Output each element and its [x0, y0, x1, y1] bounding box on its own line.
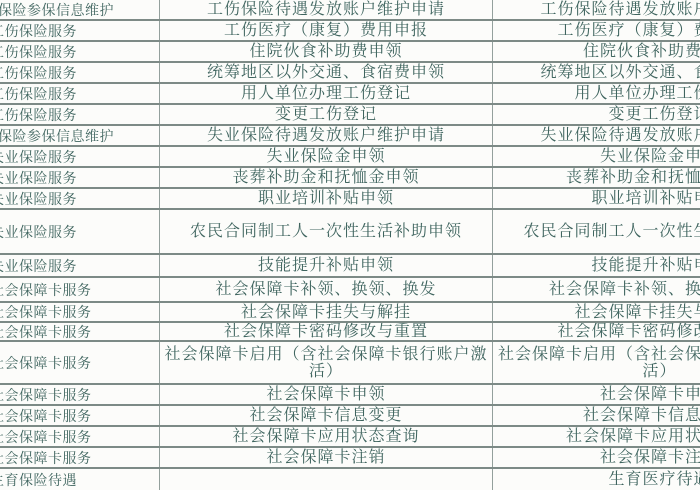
- category-label: 工伤保险服务: [0, 42, 77, 61]
- category-cell: 社会保障卡服务: [0, 385, 160, 404]
- service-cell: 社会保障卡信息变更: [160, 406, 493, 425]
- category-label: 失业保险服务: [0, 168, 77, 187]
- service-cell: 社会保障卡密码修改与重置: [160, 323, 493, 340]
- service-cell-right: 住院伙食补助费申领: [493, 42, 700, 61]
- service-cell: 住院伙食补助费申领: [160, 42, 493, 61]
- category-label: 生育保险待遇: [0, 470, 77, 490]
- category-cell: 失业保险服务: [0, 147, 160, 166]
- service-cell: 社会保障卡挂失与解挂: [160, 303, 493, 321]
- category-label: 社会保障卡服务: [0, 385, 92, 404]
- service-cell-right: 社会保障卡补领、换领、换发: [493, 278, 700, 301]
- category-cell: 社会保障卡服务: [0, 342, 160, 383]
- service-label: 住院伙食补助费申领: [249, 43, 402, 60]
- table-row: 工伤保险服务 用人单位办理工伤登记 用人单位办理工伤登记: [0, 84, 700, 105]
- category-cell: 社会保障卡服务: [0, 278, 160, 301]
- service-cell: 社会保障卡应用状态查询: [160, 427, 493, 446]
- service-label-right: 社会保障卡注销: [600, 449, 700, 466]
- table-row: 工伤保险服务 住院伙食补助费申领 住院伙食补助费申领: [0, 42, 700, 63]
- service-label: 统筹地区以外交通、食宿费申领: [207, 64, 445, 81]
- service-cell: 社会保障卡启用（含社会保障卡银行账户激活）: [160, 342, 493, 383]
- table-row: 失业保险服务 技能提升补贴申领 技能提升补贴申领: [0, 255, 700, 278]
- service-cell-right: 变更工伤登记: [493, 105, 700, 124]
- service-label-right: 社会保障卡信息变更: [583, 407, 700, 424]
- service-label-right: 统筹地区以外交通、食宿费申领: [540, 64, 700, 81]
- category-cell: 失业保险服务: [0, 189, 160, 208]
- service-label-right: 社会保障卡应用状态查询: [566, 428, 700, 445]
- category-label: 工伤保险参保信息维护: [0, 0, 114, 19]
- service-cell-right: 失业保险金申领: [493, 147, 700, 166]
- service-label: 社会保障卡挂失与解挂: [241, 304, 411, 321]
- category-cell: 失业保险服务: [0, 210, 160, 253]
- table-row: 生育保险待遇 生育医疗待遇: [0, 469, 700, 490]
- service-cell-right: 用人单位办理工伤登记: [493, 84, 700, 103]
- service-cell: 变更工伤登记: [160, 105, 493, 124]
- service-cell-right: 社会保障卡注销: [493, 448, 700, 467]
- table-row: 社会保障卡服务 社会保障卡申领 社会保障卡申领: [0, 385, 700, 406]
- category-cell: 社会保障卡服务: [0, 427, 160, 446]
- service-label-right: 社会保障卡申领: [600, 386, 700, 403]
- service-label: 社会保障卡应用状态查询: [232, 428, 419, 445]
- table-row: 失业保险服务 失业保险金申领 失业保险金申领: [0, 147, 700, 168]
- service-label: 变更工伤登记: [275, 106, 377, 123]
- category-cell: 生育保险待遇: [0, 469, 160, 490]
- service-label: 技能提升补贴申领: [258, 257, 394, 274]
- service-label-right: 变更工伤登记: [608, 106, 700, 123]
- service-cell: 工伤医疗（康复）费用申报: [160, 21, 493, 40]
- category-cell: 社会保障卡服务: [0, 323, 160, 340]
- service-label-right: 工伤保险待遇发放账户维护申请: [540, 1, 700, 18]
- service-cell: 用人单位办理工伤登记: [160, 84, 493, 103]
- service-label-right: 用人单位办理工伤登记: [574, 85, 700, 102]
- service-cell: 社会保障卡补领、换领、换发: [160, 278, 493, 301]
- table-row: 失业保险服务 农民合同制工人一次性生活补助申领 农民合同制工人一次性生活补助申领: [0, 210, 700, 255]
- service-label: 社会保障卡注销: [266, 449, 385, 466]
- service-label: 社会保障卡申领: [266, 386, 385, 403]
- category-label: 失业保险服务: [0, 189, 77, 208]
- document-page: 工伤保险参保信息维护 工伤保险待遇发放账户维护申请 工伤保险待遇发放账户维护申请…: [0, 0, 700, 490]
- service-label: 农民合同制工人一次性生活补助申领: [190, 223, 462, 240]
- service-cell-right: 职业培训补贴申领: [493, 189, 700, 208]
- service-label-right: 农民合同制工人一次性生活补助申领: [523, 223, 700, 240]
- category-cell: 工伤保险服务: [0, 21, 160, 40]
- service-label-right: 社会保障卡密码修改与重置: [557, 323, 700, 340]
- service-label-right: 社会保障卡补领、换领、换发: [549, 281, 700, 298]
- service-label-right: 失业保险待遇发放账户维护申请: [540, 127, 700, 144]
- service-cell-right: 生育医疗待遇: [493, 469, 700, 490]
- service-cell: 失业保险金申领: [160, 147, 493, 166]
- category-label: 社会保障卡服务: [0, 353, 92, 373]
- service-label: 社会保障卡密码修改与重置: [224, 323, 428, 340]
- service-cell: 技能提升补贴申领: [160, 255, 493, 276]
- category-label: 失业保险服务: [0, 222, 77, 242]
- service-cell-right: 丧葬补助金和抚恤金申领: [493, 168, 700, 187]
- service-label-right: 社会保障卡启用（含社会保障卡银行账户激活）: [497, 346, 700, 380]
- category-cell: 社会保障卡服务: [0, 303, 160, 321]
- category-cell: 社会保障卡服务: [0, 448, 160, 467]
- service-label: 社会保障卡信息变更: [249, 407, 402, 424]
- category-label: 工伤保险服务: [0, 84, 77, 103]
- category-label: 工伤保险服务: [0, 21, 77, 40]
- category-label: 社会保障卡服务: [0, 280, 92, 300]
- table-row: 社会保障卡服务 社会保障卡注销 社会保障卡注销: [0, 448, 700, 469]
- services-table: 工伤保险参保信息维护 工伤保险待遇发放账户维护申请 工伤保险待遇发放账户维护申请…: [0, 0, 700, 490]
- service-cell: [160, 469, 493, 490]
- service-label: 工伤医疗（康复）费用申报: [224, 22, 428, 39]
- category-label: 工伤保险服务: [0, 63, 77, 82]
- category-cell: 失业保险参保信息维护: [0, 126, 160, 145]
- service-label: 用人单位办理工伤登记: [241, 85, 411, 102]
- service-cell-right: 社会保障卡信息变更: [493, 406, 700, 425]
- service-cell-right: 社会保障卡申领: [493, 385, 700, 404]
- table-row: 工伤保险参保信息维护 工伤保险待遇发放账户维护申请 工伤保险待遇发放账户维护申请: [0, 0, 700, 21]
- table-row: 失业保险参保信息维护 失业保险待遇发放账户维护申请 失业保险待遇发放账户维护申请: [0, 126, 700, 147]
- category-label: 工伤保险服务: [0, 105, 77, 124]
- service-label: 失业保险金申领: [266, 148, 385, 165]
- table-row: 社会保障卡服务 社会保障卡启用（含社会保障卡银行账户激活） 社会保障卡启用（含社…: [0, 342, 700, 385]
- service-label-right: 住院伙食补助费申领: [583, 43, 700, 60]
- service-label: 职业培训补贴申领: [258, 190, 394, 207]
- service-cell: 社会保障卡注销: [160, 448, 493, 467]
- table-row: 失业保险服务 职业培训补贴申领 职业培训补贴申领: [0, 189, 700, 210]
- service-cell-right: 工伤医疗（康复）费用申报: [493, 21, 700, 40]
- service-cell: 职业培训补贴申领: [160, 189, 493, 208]
- service-cell-right: 农民合同制工人一次性生活补助申领: [493, 210, 700, 253]
- service-cell: 统筹地区以外交通、食宿费申领: [160, 63, 493, 82]
- service-label-right: 丧葬补助金和抚恤金申领: [566, 169, 700, 186]
- service-cell: 工伤保险待遇发放账户维护申请: [160, 0, 493, 19]
- service-cell-right: 社会保障卡密码修改与重置: [493, 323, 700, 340]
- category-cell: 社会保障卡服务: [0, 406, 160, 425]
- service-cell-right: 工伤保险待遇发放账户维护申请: [493, 0, 700, 19]
- category-cell: 工伤保险服务: [0, 63, 160, 82]
- category-label: 社会保障卡服务: [0, 303, 92, 321]
- service-label: 丧葬补助金和抚恤金申领: [232, 169, 419, 186]
- table-row: 社会保障卡服务 社会保障卡密码修改与重置 社会保障卡密码修改与重置: [0, 323, 700, 342]
- service-cell-right: 统筹地区以外交通、食宿费申领: [493, 63, 700, 82]
- category-label: 失业保险参保信息维护: [0, 126, 114, 145]
- service-label: 工伤保险待遇发放账户维护申请: [207, 1, 445, 18]
- table-row: 社会保障卡服务 社会保障卡补领、换领、换发 社会保障卡补领、换领、换发: [0, 278, 700, 303]
- category-label: 社会保障卡服务: [0, 406, 92, 425]
- service-cell: 失业保险待遇发放账户维护申请: [160, 126, 493, 145]
- category-label: 社会保障卡服务: [0, 323, 92, 340]
- table-row: 社会保障卡服务 社会保障卡挂失与解挂 社会保障卡挂失与解挂: [0, 303, 700, 323]
- service-cell-right: 社会保障卡挂失与解挂: [493, 303, 700, 321]
- category-label: 社会保障卡服务: [0, 427, 92, 446]
- category-cell: 工伤保险服务: [0, 84, 160, 103]
- table-row: 失业保险服务 丧葬补助金和抚恤金申领 丧葬补助金和抚恤金申领: [0, 168, 700, 189]
- table-row: 工伤保险服务 变更工伤登记 变更工伤登记: [0, 105, 700, 126]
- service-label-right: 工伤医疗（康复）费用申报: [557, 22, 700, 39]
- service-label: 社会保障卡启用（含社会保障卡银行账户激活）: [164, 346, 488, 380]
- service-cell: 农民合同制工人一次性生活补助申领: [160, 210, 493, 253]
- category-cell: 工伤保险服务: [0, 42, 160, 61]
- service-label: 失业保险待遇发放账户维护申请: [207, 127, 445, 144]
- category-cell: 失业保险服务: [0, 168, 160, 187]
- category-label: 失业保险服务: [0, 147, 77, 166]
- category-cell: 失业保险服务: [0, 255, 160, 276]
- table-row: 社会保障卡服务 社会保障卡应用状态查询 社会保障卡应用状态查询: [0, 427, 700, 448]
- category-label: 社会保障卡服务: [0, 448, 92, 467]
- service-cell-right: 失业保险待遇发放账户维护申请: [493, 126, 700, 145]
- service-cell: 丧葬补助金和抚恤金申领: [160, 168, 493, 187]
- table-row: 社会保障卡服务 社会保障卡信息变更 社会保障卡信息变更: [0, 406, 700, 427]
- service-label-right: 技能提升补贴申领: [591, 257, 700, 274]
- service-label-right: 失业保险金申领: [600, 148, 700, 165]
- category-cell: 工伤保险服务: [0, 105, 160, 124]
- table-row: 工伤保险服务 工伤医疗（康复）费用申报 工伤医疗（康复）费用申报: [0, 21, 700, 42]
- service-label-right: 职业培训补贴申领: [591, 190, 700, 207]
- service-label-right: 社会保障卡挂失与解挂: [574, 304, 700, 321]
- service-label: 社会保障卡补领、换领、换发: [215, 281, 436, 298]
- service-label-right: 生育医疗待遇: [608, 471, 700, 488]
- service-cell: 社会保障卡申领: [160, 385, 493, 404]
- service-cell-right: 社会保障卡应用状态查询: [493, 427, 700, 446]
- table-row: 工伤保险服务 统筹地区以外交通、食宿费申领 统筹地区以外交通、食宿费申领: [0, 63, 700, 84]
- service-cell-right: 社会保障卡启用（含社会保障卡银行账户激活）: [493, 342, 700, 383]
- category-label: 失业保险服务: [0, 256, 77, 276]
- category-cell: 工伤保险参保信息维护: [0, 0, 160, 19]
- service-cell-right: 技能提升补贴申领: [493, 255, 700, 276]
